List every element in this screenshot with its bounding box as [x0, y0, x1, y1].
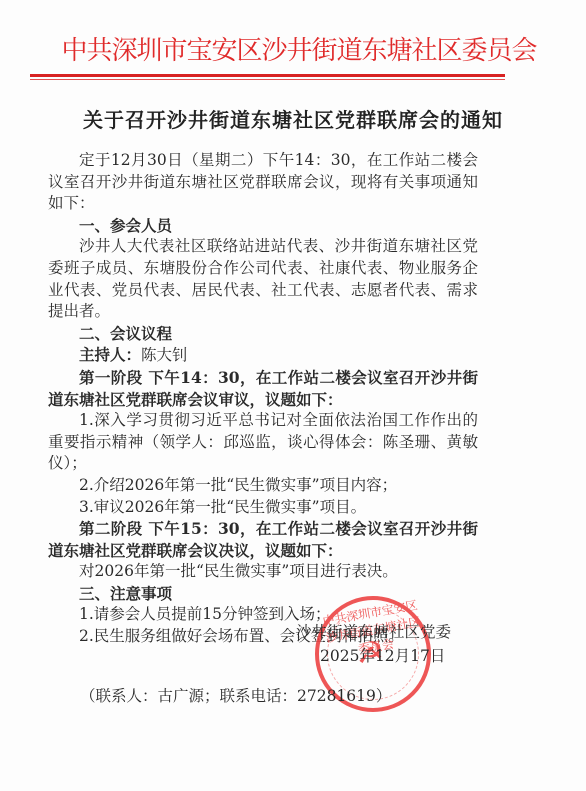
stage2-heading: 第二阶段 下午15：30，在工作站二楼会议室召开沙井街道东塘社区党群联席会议决议…	[48, 518, 478, 561]
stage1-item: 1.深入学习贯彻习近平总书记对全面依法治国工作作出的重要指示精神（领学人：邱巡监…	[48, 410, 478, 475]
host-label: 主持人：	[79, 345, 141, 364]
letterhead-rule-thin	[30, 79, 505, 80]
signature-block: 沙井街道东塘社区党委 2025年12月17日	[296, 620, 451, 668]
document-body: 定于12月30日（星期二）下午14：30，在工作站二楼会议室召开沙井街道东塘社区…	[48, 150, 478, 648]
document-title: 关于召开沙井街道东塘社区党群联席会的通知	[0, 104, 586, 133]
intro-paragraph: 定于12月30日（星期二）下午14：30，在工作站二楼会议室召开沙井街道东塘社区…	[48, 150, 478, 215]
stage1-heading: 第一阶段 下午14：30，在工作站二楼会议室召开沙井街道东塘社区党群联席会议审议…	[48, 367, 478, 410]
contact-info: （联系人：古广源；联系电话：27281619）	[80, 684, 391, 706]
stage1-item: 3.审议2026年第一批“民生微实事”项目。	[48, 497, 478, 519]
issue-date: 2025年12月17日	[296, 644, 451, 668]
stage1-item: 2.介绍2026年第一批“民生微实事”项目内容；	[48, 475, 478, 497]
stage2-item: 对2026年第一批“民生微实事”项目进行表决。	[48, 561, 478, 583]
host-name: 陈大钊	[141, 346, 188, 364]
section-heading-attendees: 一、参会人员	[48, 215, 478, 237]
issuer-name: 沙井街道东塘社区党委	[296, 620, 451, 644]
section-heading-agenda: 二、会议议程	[48, 323, 478, 345]
attendees-text: 沙井人大代表社区联络站进站代表、沙井街道东塘社区党委班子成员、东塘股份合作公司代…	[48, 236, 478, 322]
letterhead-rule	[30, 74, 505, 77]
letterhead: 中共深圳市宝安区沙井街道东塘社区委员会	[33, 33, 565, 69]
host-line: 主持人：陈大钊	[48, 344, 478, 367]
